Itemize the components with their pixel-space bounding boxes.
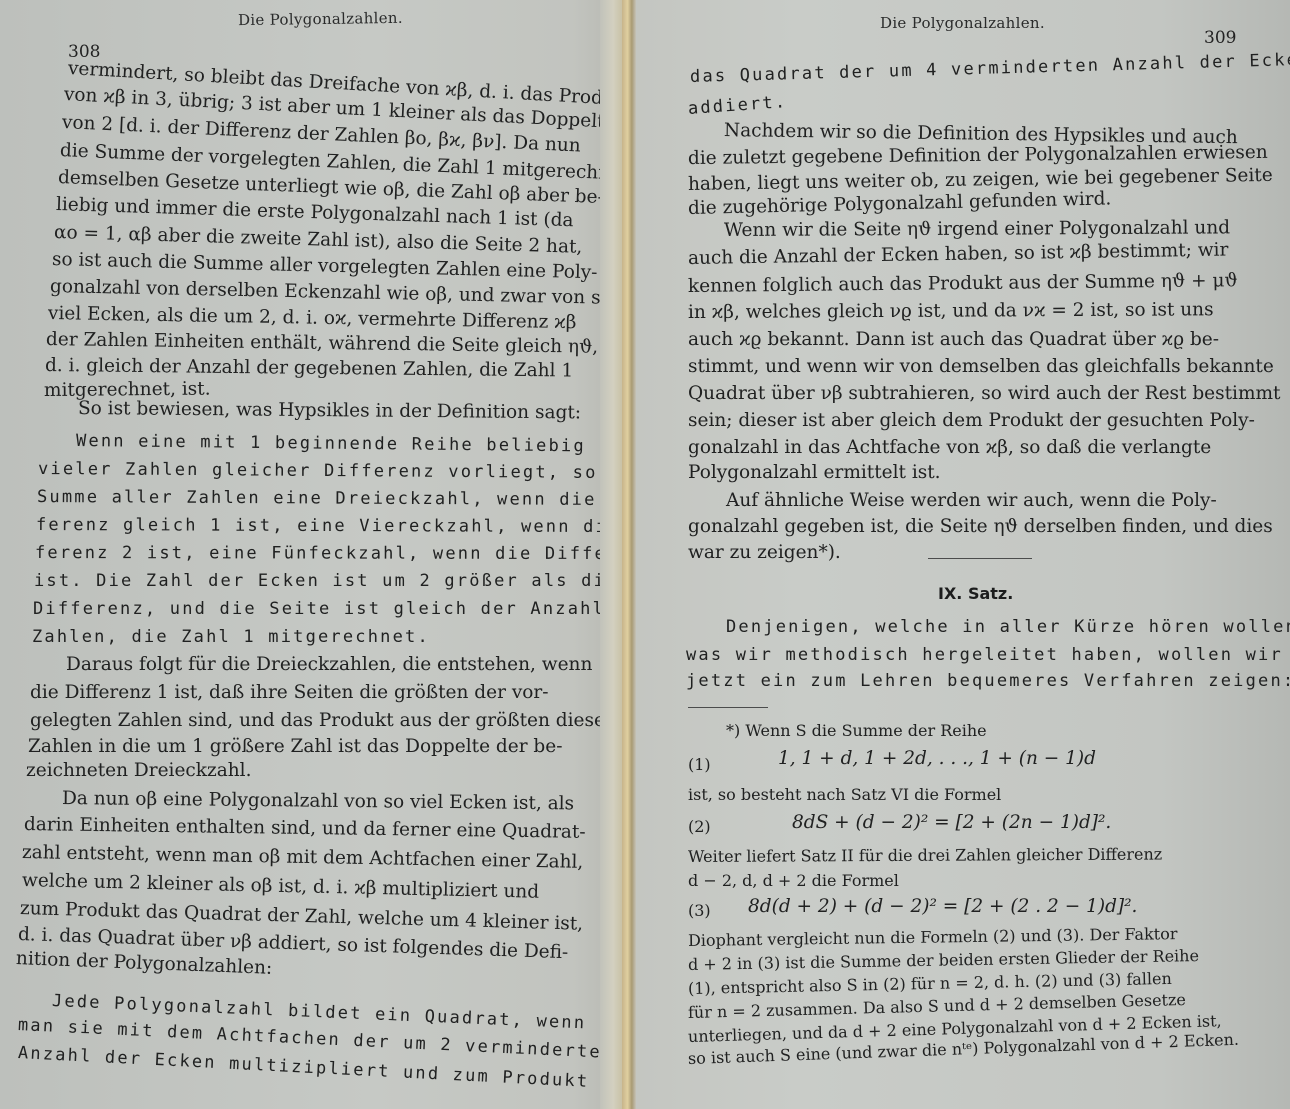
footnote-line: d − 2, d, d + 2 die Formel [688, 868, 899, 894]
text-line: kennen folglich auch das Produkt aus der… [688, 268, 1238, 300]
text-line: gonalzahl in das Achtfache von ϰβ, so da… [688, 435, 1211, 461]
definition-line: ist. Die Zahl der Ecken ist um 2 größer … [34, 568, 618, 594]
text-line: So ist bewiesen, was Hypsikles in der De… [78, 396, 581, 426]
definition-line: Zahlen, die Zahl 1 mitgerechnet. [32, 624, 430, 650]
text-line: Quadrat über νβ subtrahieren, so wird au… [688, 381, 1281, 407]
equation-label: (1) [688, 752, 711, 778]
equation-label: (2) [688, 814, 711, 840]
footnote-line: Weiter liefert Satz II für die drei Zahl… [688, 842, 1162, 870]
section-divider [928, 558, 1032, 559]
running-head-left: Die Polygonalzahlen. [238, 9, 403, 29]
text-line: sein; dieser ist aber gleich dem Produkt… [688, 408, 1255, 434]
footnote-rule [688, 707, 768, 708]
book-gutter [622, 0, 636, 1109]
text-line: Polygonalzahl ermittelt ist. [688, 460, 941, 486]
definition-line: ferenz gleich 1 ist, eine Viereckzahl, w… [36, 512, 622, 540]
footnote-line: ist, so besteht nach Satz VI die Formel [688, 782, 1001, 808]
text-line: gelegten Zahlen sind, und das Produkt au… [30, 708, 614, 734]
text-line: auch ϰϱ bekannt. Dann ist auch das Quadr… [688, 327, 1219, 353]
text-line: zeichneten Dreieckzahl. [26, 758, 251, 784]
equation-3: 8d(d + 2) + (d − 2)² = [2 + (2 . 2 − 1)d… [748, 894, 1137, 920]
text-line: das Quadrat der um 4 verminderten Anzahl… [690, 47, 1290, 90]
text-line: in ϰβ, welches gleich νϱ ist, und da νϰ … [688, 297, 1214, 326]
section-heading: IX. Satz. [938, 584, 1013, 603]
definition-line: Summe aller Zahlen eine Dreieckzahl, wen… [37, 484, 622, 513]
definition-line: ferenz 2 ist, eine Fünfeckzahl, wenn die… [35, 540, 622, 567]
equation-1: 1, 1 + d, 1 + 2d, . . ., 1 + (n − 1)d [778, 746, 1096, 772]
running-head-right: Die Polygonalzahlen. [880, 14, 1045, 32]
text-line: gonalzahl gegeben ist, die Seite ηϑ ders… [688, 514, 1273, 540]
text-line: war zu zeigen*). [688, 540, 841, 566]
definition-line: Wenn eine mit 1 beginnende Reihe beliebi… [76, 428, 586, 459]
theorem-line: was wir methodisch hergeleitet haben, wo… [686, 642, 1283, 668]
text-line: addiert. [687, 89, 788, 122]
text-line: stimmt, und wenn wir von demselben das g… [688, 354, 1274, 380]
text-line: Daraus folgt für die Dreieckzahlen, die … [66, 652, 592, 678]
footnote-intro: *) Wenn S die Summe der Reihe [726, 718, 987, 744]
equation-2: 8dS + (d − 2)² = [2 + (2n − 1)d]². [792, 810, 1111, 836]
page-edge [600, 0, 622, 1109]
right-page: Die Polygonalzahlen. 309 das Quadrat der… [636, 0, 1290, 1109]
text-line: Zahlen in die um 1 größere Zahl ist das … [28, 734, 562, 760]
text-line: Auf ähnliche Weise werden wir auch, wenn… [726, 488, 1217, 514]
theorem-line: Denjenigen, welche in aller Kürze hören … [726, 614, 1290, 640]
page-number-right: 309 [1204, 28, 1236, 48]
text-line: die Differenz 1 ist, daß ihre Seiten die… [30, 680, 549, 706]
theorem-line: jetzt ein zum Lehren bequemeres Verfahre… [686, 668, 1290, 694]
definition-line: vieler Zahlen gleicher Differenz vorlieg… [38, 456, 622, 487]
definition-line: Differenz, und die Seite ist gleich der … [33, 596, 622, 622]
equation-label: (3) [688, 898, 711, 924]
left-page: Die Polygonalzahlen. 308 vermindert, so … [0, 0, 622, 1109]
